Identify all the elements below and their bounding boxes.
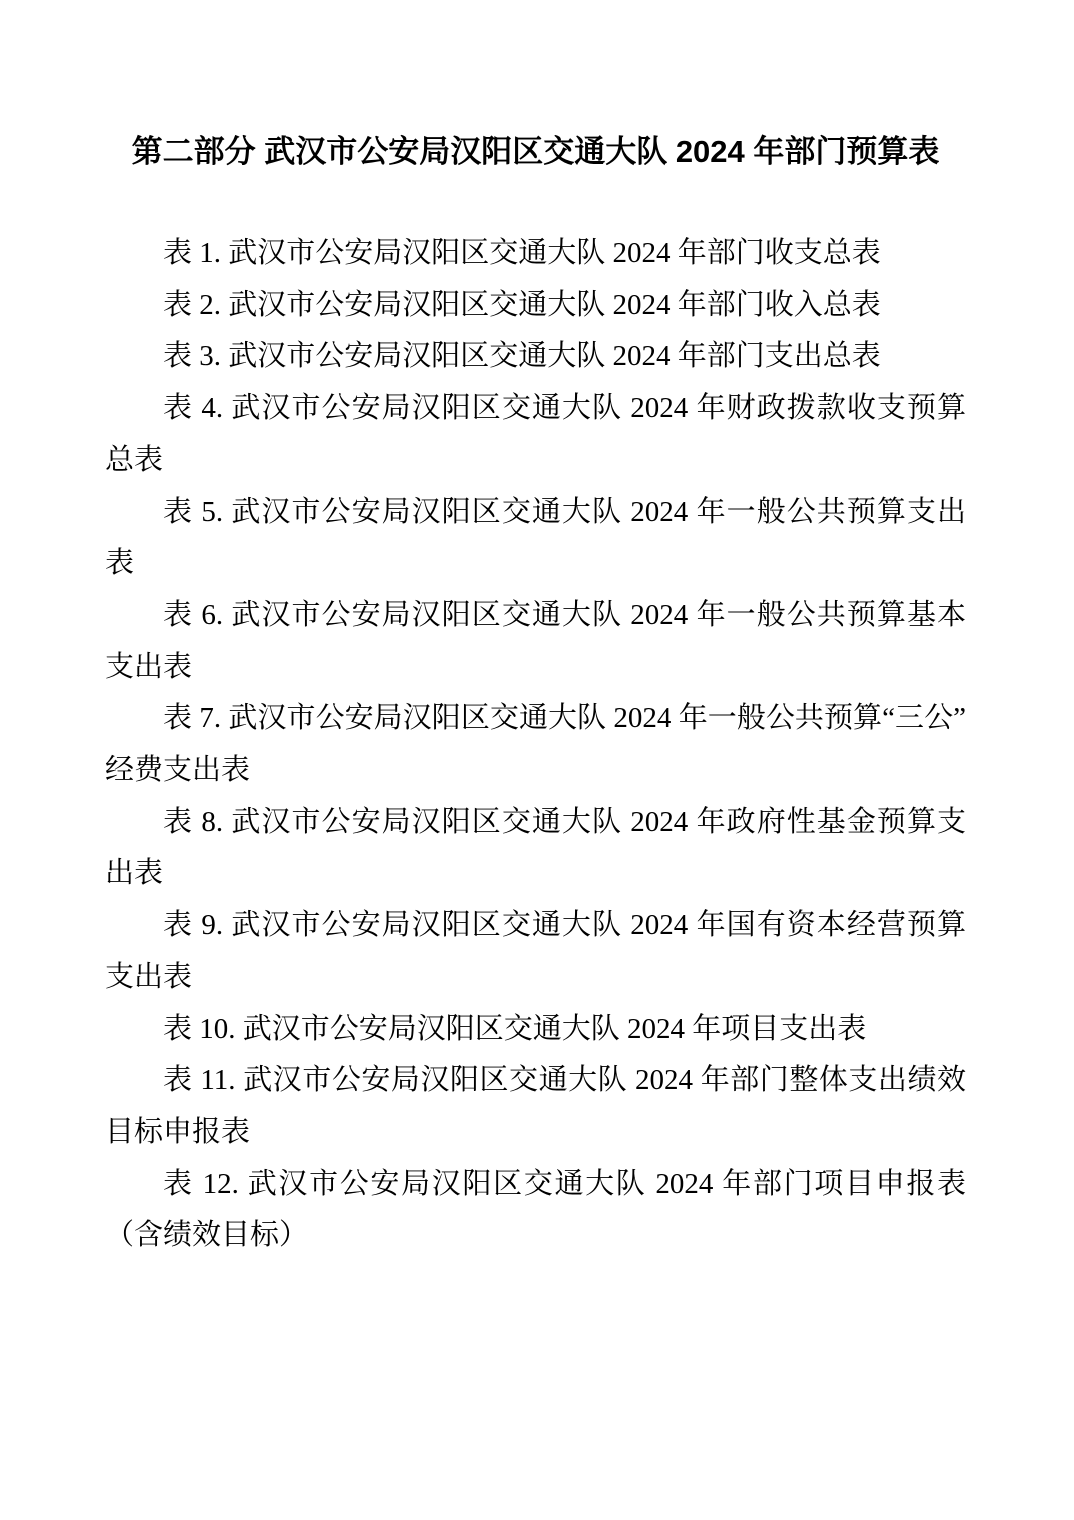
table-list-item: 表 11. 武汉市公安局汉阳区交通大队 2024 年部门整体支出绩效目标申报表 [105, 1055, 966, 1158]
table-list-item: 表 6. 武汉市公安局汉阳区交通大队 2024 年一般公共预算基本支出表 [105, 590, 966, 693]
table-list-item: 表 3. 武汉市公安局汉阳区交通大队 2024 年部门支出总表 [105, 331, 966, 383]
table-list: 表 1. 武汉市公安局汉阳区交通大队 2024 年部门收支总表表 2. 武汉市公… [105, 228, 966, 1262]
table-list-item: 表 10. 武汉市公安局汉阳区交通大队 2024 年项目支出表 [105, 1004, 966, 1056]
page-title: 第二部分 武汉市公安局汉阳区交通大队 2024 年部门预算表 [105, 130, 966, 174]
table-list-item: 表 9. 武汉市公安局汉阳区交通大队 2024 年国有资本经营预算支出表 [105, 900, 966, 1003]
table-list-item: 表 8. 武汉市公安局汉阳区交通大队 2024 年政府性基金预算支出表 [105, 797, 966, 900]
table-list-item: 表 5. 武汉市公安局汉阳区交通大队 2024 年一般公共预算支出表 [105, 487, 966, 590]
table-list-item: 表 2. 武汉市公安局汉阳区交通大队 2024 年部门收入总表 [105, 280, 966, 332]
document-page: 第二部分 武汉市公安局汉阳区交通大队 2024 年部门预算表 表 1. 武汉市公… [0, 0, 1074, 1520]
table-list-item: 表 12. 武汉市公安局汉阳区交通大队 2024 年部门项目申报表（含绩效目标） [105, 1159, 966, 1262]
table-list-item: 表 7. 武汉市公安局汉阳区交通大队 2024 年一般公共预算“三公”经费支出表 [105, 693, 966, 796]
table-list-item: 表 4. 武汉市公安局汉阳区交通大队 2024 年财政拨款收支预算总表 [105, 383, 966, 486]
table-list-item: 表 1. 武汉市公安局汉阳区交通大队 2024 年部门收支总表 [105, 228, 966, 280]
